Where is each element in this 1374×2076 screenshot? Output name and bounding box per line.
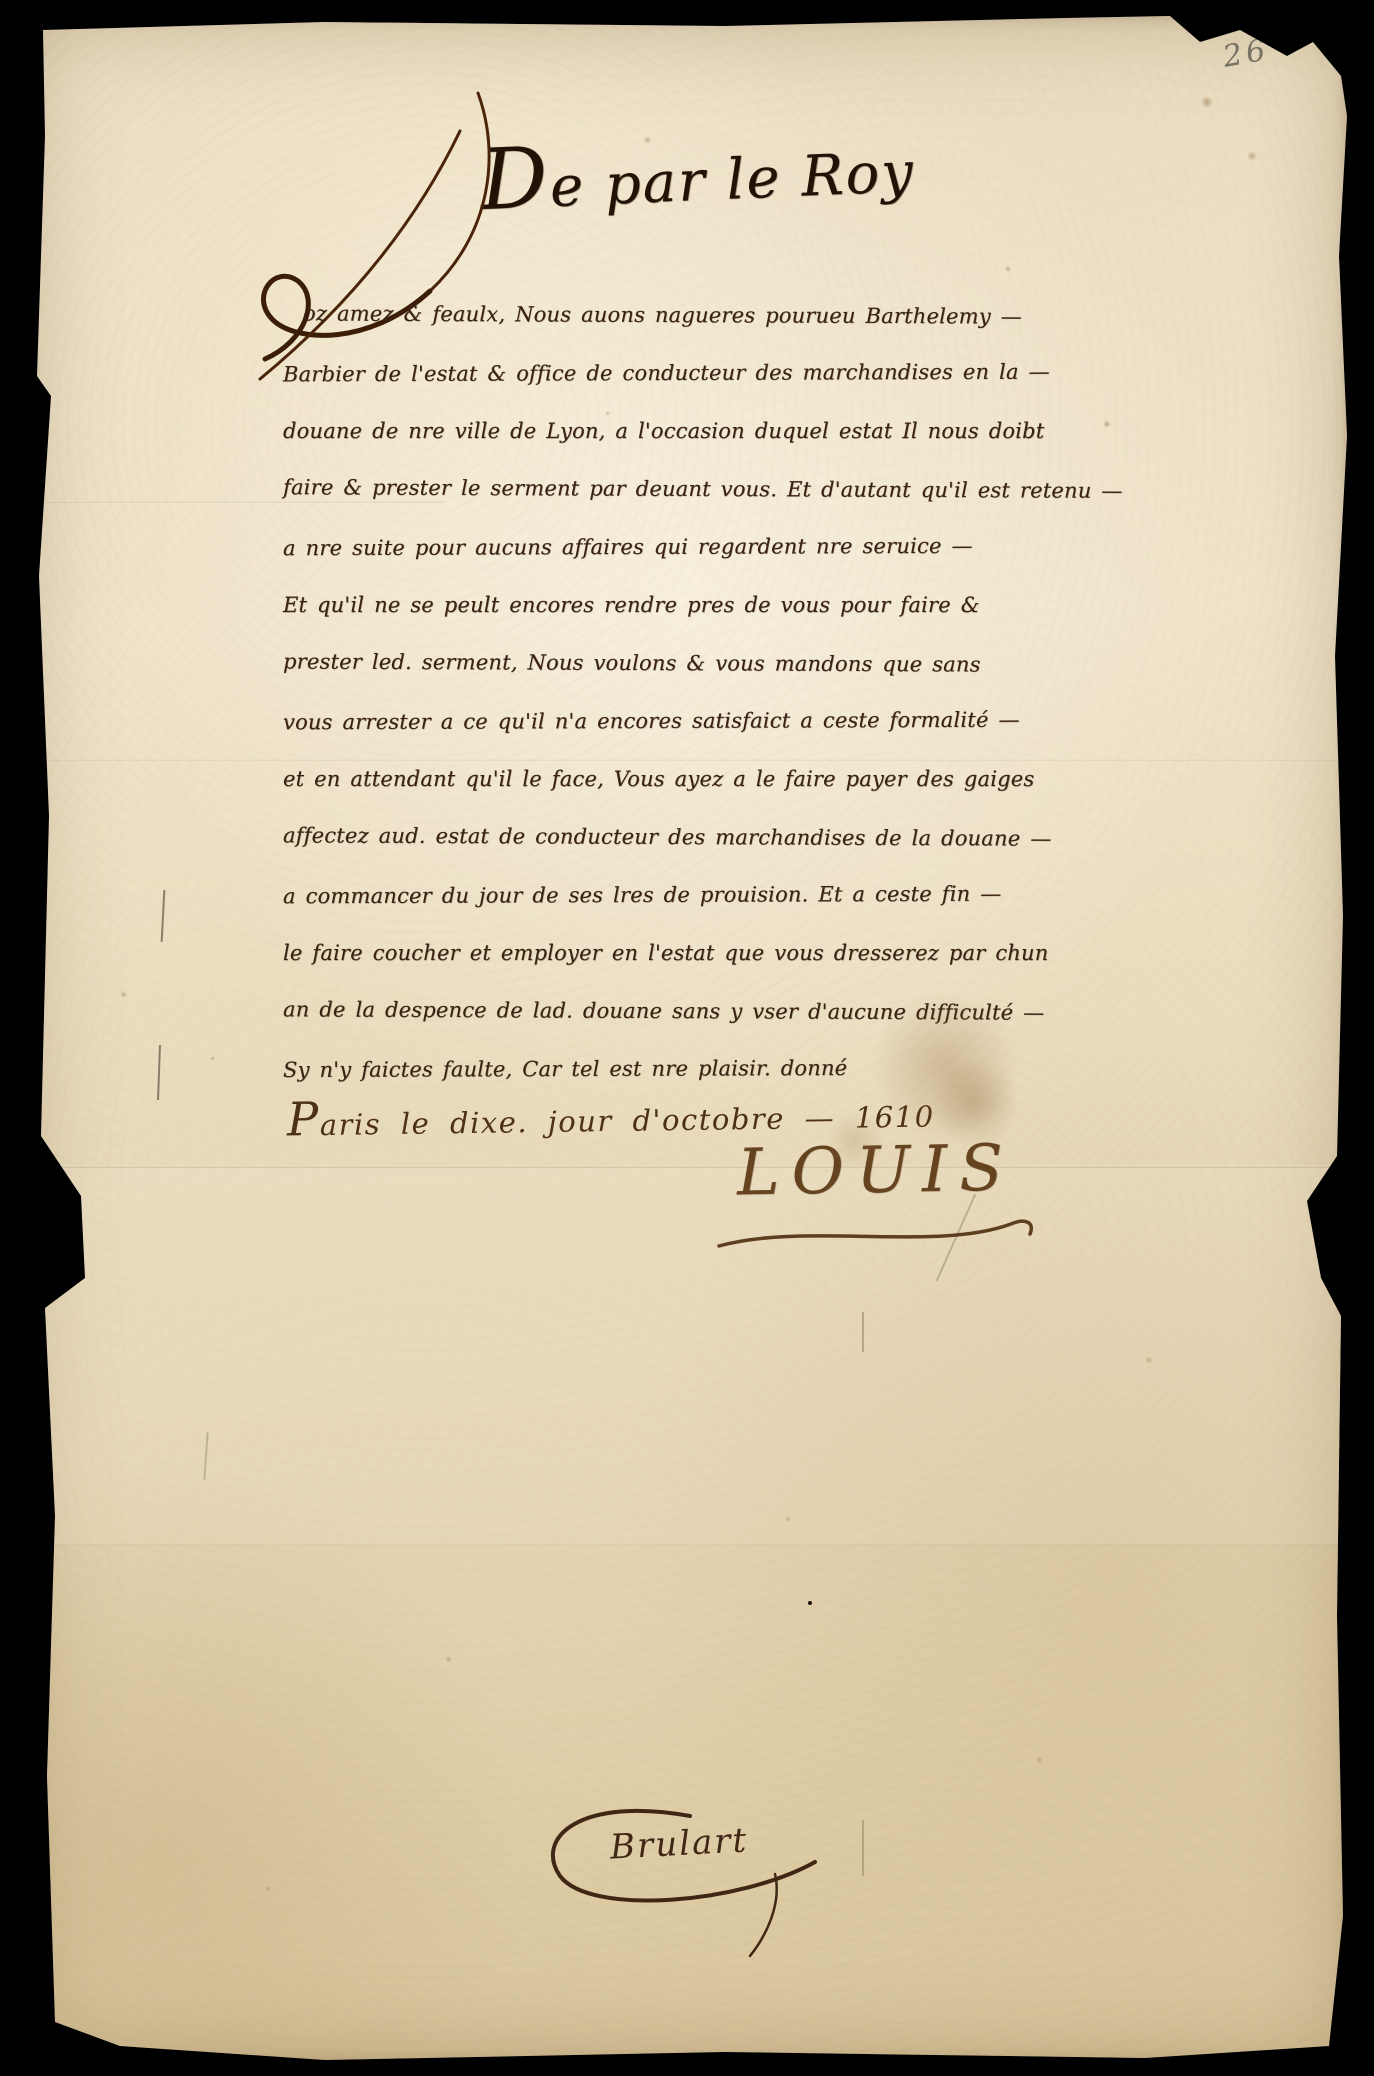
foxing-spot	[120, 991, 127, 998]
ink-dot	[808, 1601, 812, 1605]
royal-signature: LOUIS	[736, 1132, 1015, 1211]
countersignature: Brulart	[609, 1820, 749, 1867]
paper-sheet: 26 De par le Roy oz amez & feaulx, Nous …	[25, 16, 1347, 2062]
ink-mark	[862, 1312, 864, 1352]
fold-crease	[25, 758, 1347, 761]
foxing-spot	[210, 1056, 215, 1061]
body-line: affectez aud. estat de conducteur des ma…	[283, 823, 1052, 850]
foxing-spot	[445, 1656, 452, 1663]
foxing-spot	[1005, 266, 1011, 272]
body-line: prester led. serment, Nous voulons & vou…	[283, 649, 981, 676]
foxing-spot	[265, 1886, 271, 1892]
foxing-spot	[1145, 1356, 1153, 1364]
ink-mark	[161, 890, 166, 942]
body-line: et en attendant qu'il le face, Vous ayez…	[283, 767, 1034, 791]
folio-page-number: 26	[1220, 32, 1272, 74]
fold-crease	[25, 1165, 1347, 1168]
ink-mark	[157, 1045, 161, 1100]
foxing-spot	[1103, 420, 1111, 428]
foxing-spot	[785, 1516, 791, 1522]
foxing-spot	[605, 411, 610, 416]
royal-signature-underline-flourish	[715, 1212, 1045, 1256]
body-line: an de la despence de lad. douane sans y …	[283, 997, 1044, 1024]
body-line: oz amez & feaulx, Nous auons nagueres po…	[303, 301, 1022, 328]
heading-de-par-le-roy: De par le Roy	[478, 113, 916, 229]
body-line: le faire coucher et employer en l'estat …	[283, 941, 1048, 965]
body-line: faire & prester le serment par deuant vo…	[283, 475, 1123, 503]
body-line: Sy n'y faictes faulte, Car tel est nre p…	[283, 1056, 847, 1082]
body-line: vous arrester a ce qu'il n'a encores sat…	[283, 708, 1020, 735]
manuscript-photo: 26 De par le Roy oz amez & feaulx, Nous …	[0, 0, 1374, 2076]
body-line: a commancer du jour de ses lres de proui…	[283, 882, 1001, 909]
foxing-spot	[1247, 151, 1257, 161]
body-line: Barbier de l'estat & office de conducteu…	[283, 360, 1050, 387]
body-line: a nre suite pour aucuns affaires qui reg…	[283, 534, 973, 560]
ink-mark	[203, 1432, 208, 1480]
fold-crease	[25, 500, 445, 503]
fold-tone-band	[25, 1167, 1347, 1543]
body-line: Et qu'il ne se peult encores rendre pres…	[283, 593, 980, 617]
foxing-spot	[1035, 1756, 1044, 1764]
salutation-initial-flourish	[220, 91, 510, 391]
ink-mark	[862, 1820, 864, 1876]
body-line: douane de nre ville de Lyon, a l'occasio…	[283, 419, 1044, 443]
fold-crease	[25, 1543, 1347, 1546]
foxing-spot	[1200, 96, 1214, 108]
